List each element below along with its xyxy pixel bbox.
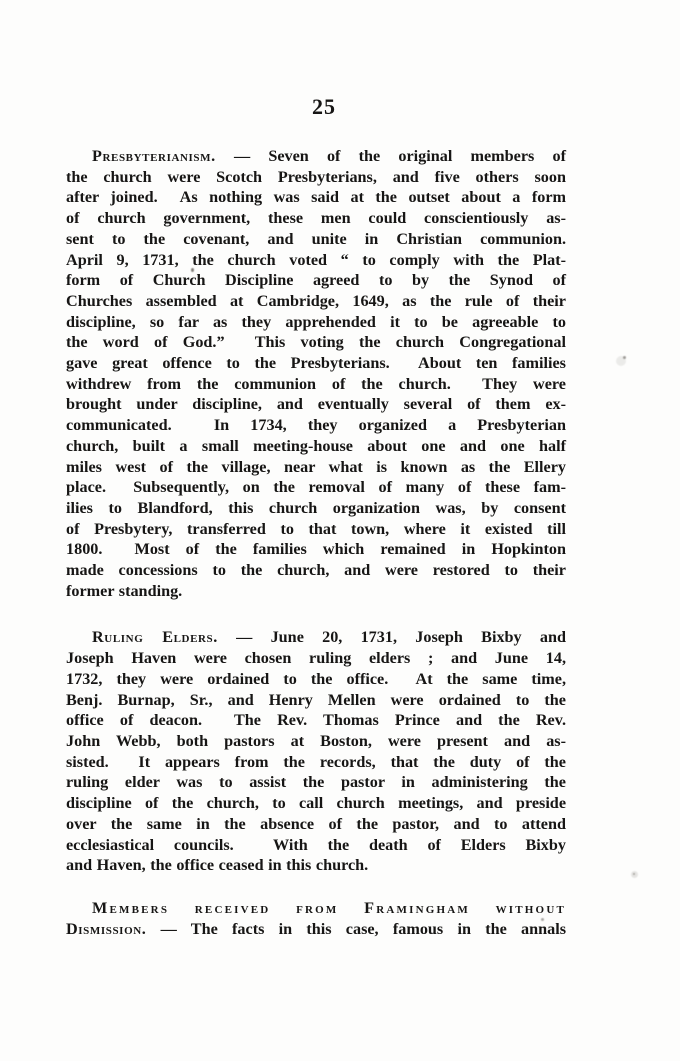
text-line: discipline of the church, to call church… [66,793,566,814]
text-line: 1800. Most of the families which remaine… [66,539,566,560]
text-line: church, built a small meeting-house abou… [66,436,566,457]
text-line: of church government, these men could co… [66,208,566,229]
scanned-book-page: 25 Presbyterianism. — Seven of the origi… [0,0,680,1061]
text-line: made concessions to the church, and were… [66,560,566,581]
text-line: communicated. In 1734, they organized a … [66,415,566,436]
scan-speck [631,871,638,878]
small-caps-heading: Ruling Elders. [92,628,218,646]
scan-speck [633,873,635,875]
text-line: sisted. It appears from the records, tha… [66,752,566,773]
text-line: the church were Scotch Presbyterians, an… [66,167,566,188]
text-line: after joined. As nothing was said at the… [66,187,566,208]
text-line: Benj. Burnap, Sr., and Henry Mellen were… [66,690,566,711]
text-line: office of deacon. The Rev. Thomas Prince… [66,710,566,731]
text-line: of Presbytery, transferred to that town,… [66,519,566,540]
small-caps-heading: Presbyterianism. [92,147,216,165]
text-line: miles west of the village, near what is … [66,457,566,478]
text-line: Members received from Framingham without [66,898,566,919]
text-line: and Haven, the office ceased in this chu… [66,855,566,876]
text-line: place. Subsequently, on the removal of m… [66,477,566,498]
text-line: discipline, so far as they apprehended i… [66,312,566,333]
text-line: former standing. [66,581,566,602]
text-line: withdrew from the communion of the churc… [66,374,566,395]
text-line: form of Church Discipline agreed to by t… [66,270,566,291]
text-line: sent to the covenant, and unite in Chris… [66,229,566,250]
text-line: 1732, they were ordained to the office. … [66,669,566,690]
text-block: Presbyterianism. — Seven of the original… [66,146,566,939]
text-line: over the same in the absence of the past… [66,814,566,835]
paragraph-members-received-from-framingham: Members received from Framingham without… [66,898,566,939]
text-line: the word of God.” This voting the church… [66,332,566,353]
text-line: Dismission. — The facts in this case, fa… [66,919,566,940]
text-line: ilies to Blandford, this church organiza… [66,498,566,519]
text-line: Presbyterianism. — Seven of the original… [66,146,566,167]
text-line: ecclesiastical councils. With the death … [66,835,566,856]
text-line: Joseph Haven were chosen ruling elders ;… [66,648,566,669]
paragraph-presbyterianism: Presbyterianism. — Seven of the original… [66,146,566,601]
text-line: John Webb, both pastors at Boston, were … [66,731,566,752]
small-caps-heading: Members received from Framingham without [92,899,566,917]
text-line: April 9, 1731, the church voted “ to com… [66,250,566,271]
small-caps-heading: Dismission. [66,920,146,938]
scan-speck [623,356,626,359]
text-line: ruling elder was to assist the pastor in… [66,772,566,793]
text-line: Churches assembled at Cambridge, 1649, a… [66,291,566,312]
scan-speck [616,356,626,366]
text-line: gave great offence to the Presbyterians.… [66,353,566,374]
paragraph-ruling-elders: Ruling Elders. — June 20, 1731, Joseph B… [66,627,566,875]
page-number: 25 [66,94,582,120]
text-line: Ruling Elders. — June 20, 1731, Joseph B… [66,627,566,648]
text-line: brought under discipline, and eventually… [66,394,566,415]
